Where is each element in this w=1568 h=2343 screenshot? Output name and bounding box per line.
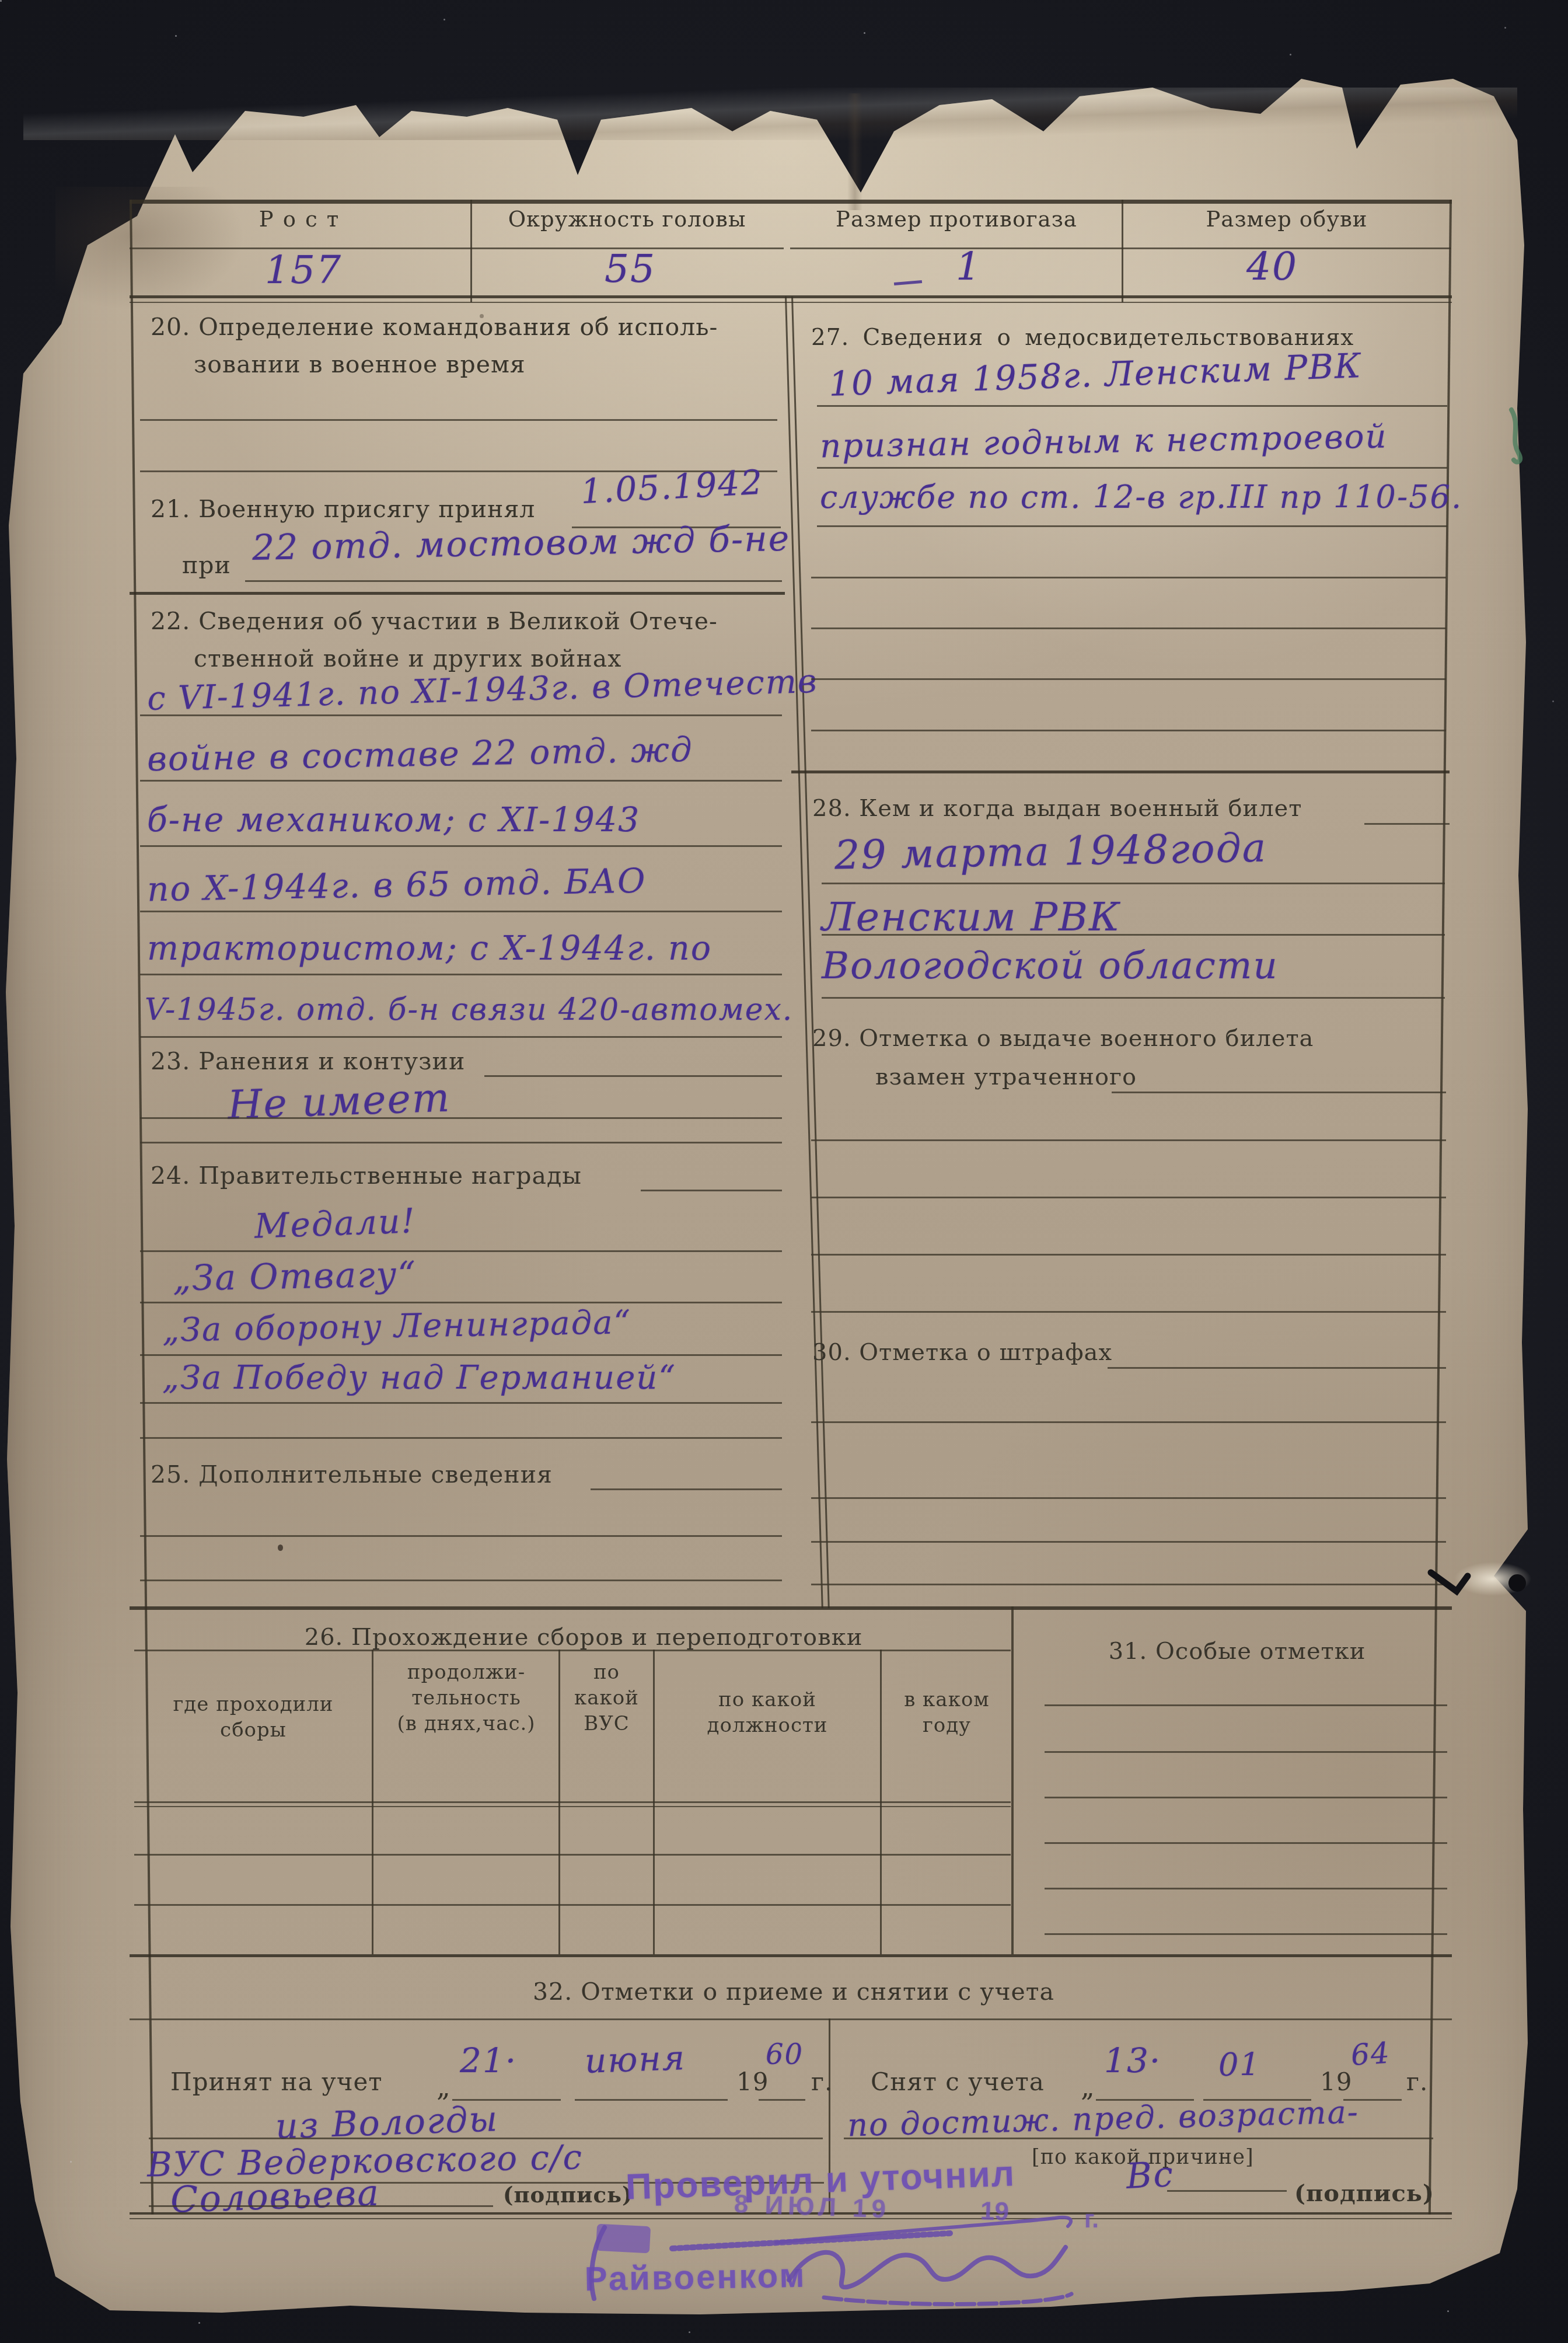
remove-sign-label: (подпись) (1294, 2180, 1434, 2207)
s22-label-line1: 22. Сведения об участии в Великой Отече- (151, 607, 718, 635)
write-line (140, 1354, 782, 1356)
label-trail-line (1108, 1367, 1446, 1369)
write-line (844, 2138, 1433, 2139)
table-border-bottom (130, 295, 1452, 298)
write-line (140, 419, 777, 421)
label-trail-line (484, 1075, 782, 1077)
s22-war-entry: б-не механиком; с XI-1943 (147, 801, 640, 839)
accept-month: июня (584, 2038, 686, 2081)
edge-tear (1454, 1562, 1531, 1596)
s22-war-entry: трактористом; с X-1944г. по (147, 929, 712, 968)
write-line (822, 934, 1445, 936)
write-line (140, 780, 782, 782)
s31-title: 31. Особые отметки (1050, 1638, 1424, 1665)
remove-year-prefix: 19 (1320, 2067, 1352, 2096)
write-line (1045, 1704, 1447, 1706)
write-line (140, 911, 782, 912)
write-line (140, 714, 782, 716)
section-divider (130, 592, 785, 595)
write-line (811, 730, 1446, 731)
s26-col-position: по какой должности (656, 1687, 879, 1738)
write-line (140, 1535, 782, 1537)
write-line (140, 1117, 782, 1119)
section-divider (130, 1954, 1452, 1957)
write-line (817, 525, 1447, 527)
label-trail-line (591, 1488, 782, 1490)
s23-wounds: Не имеет (227, 1075, 452, 1128)
s25-label: 25. Дополнительные сведения (151, 1460, 553, 1488)
write-line (1045, 1842, 1447, 1844)
s26-title: 26. Прохождение сборов и переподготовки (198, 1624, 969, 1651)
write-line (1045, 1797, 1447, 1798)
remove-day: 13· (1104, 2041, 1161, 2080)
accept-label: Принят на учет (170, 2067, 383, 2096)
write-line (822, 883, 1445, 884)
s22-war-entry: V-1945г. отд. б-н связи 420-автомех. (145, 992, 793, 1027)
s23-label: 23. Ранения и контузии (151, 1047, 465, 1075)
write-line (140, 1302, 782, 1303)
remove-year: 64 (1350, 2036, 1392, 2073)
write-line (817, 405, 1447, 407)
stamp-date: 8 ИЮЛ 19 (734, 2189, 891, 2224)
section-divider (130, 1606, 1452, 1610)
measure-value-gasmask: 1 (934, 244, 1004, 289)
s28-label: 28. Кем и когда выдан военный билет (812, 795, 1302, 822)
accept-sign-label: (подпись) (503, 2182, 633, 2208)
s32-underline (130, 2018, 1452, 2020)
s29-label-line1: 29. Отметка о выдаче военного билета (812, 1025, 1314, 1052)
table26-col-divider (372, 1650, 373, 1954)
s29-label-line2: взамен утраченного (875, 1064, 1137, 1090)
ink-speck (278, 1544, 283, 1551)
table-border-bottom-2 (130, 302, 1452, 303)
table26-col-divider (653, 1650, 655, 1954)
measure-value-height: 157 (210, 247, 397, 292)
remove-month: 01 (1218, 2046, 1261, 2083)
write-line (140, 1580, 782, 1581)
accept-year: 60 (766, 2038, 804, 2071)
measure-label-gasmask: Размер противогаза (794, 207, 1119, 232)
write-line (811, 678, 1446, 680)
s24-label: 24. Правительственные награды (151, 1162, 582, 1190)
s20-label-line1: 20. Определение командования об исполь- (151, 313, 718, 341)
write-line (1045, 1933, 1447, 1935)
measure-value-head: 55 (549, 246, 712, 291)
accept-day: 21· (460, 2041, 517, 2080)
write-line (811, 577, 1446, 578)
write-line (140, 1437, 782, 1439)
table26-col-divider (880, 1650, 882, 1954)
col-divider (470, 200, 472, 302)
write-line (811, 1584, 1446, 1585)
paper-crease-vertical (847, 93, 862, 210)
write-line (817, 467, 1447, 469)
label-trail-line (1112, 1092, 1446, 1093)
s24-award: „За Победу над Германией“ (162, 1359, 676, 1397)
s27-label: 27. Сведения о медосвидетельствованиях (811, 325, 1354, 351)
table26-top (134, 1650, 1011, 1651)
section-divider (791, 770, 1450, 773)
stamp-date-suffix: г. (1084, 2205, 1099, 2233)
table26-row-line (134, 1854, 1011, 1856)
write-line (140, 1142, 782, 1143)
write-line (149, 2205, 493, 2207)
measure-label-head: Окружность головы (474, 207, 780, 232)
stamp-blot (596, 2224, 651, 2254)
write-line (811, 1421, 1446, 1423)
s24-award: „За Отвагу“ (172, 1254, 417, 1299)
write-line (811, 1197, 1446, 1198)
write-line (811, 1139, 1446, 1141)
fill-line (575, 2099, 728, 2101)
write-line (811, 1254, 1446, 1256)
label-trail-line (1364, 823, 1450, 825)
remove-label: Снят с учета (871, 2067, 1045, 2096)
table26-header-underline (134, 1801, 1011, 1803)
col-divider (1122, 200, 1123, 302)
label-trail-line (641, 1190, 782, 1191)
table-border-top (130, 200, 1452, 204)
write-line (140, 845, 782, 847)
s21-label: 21. Военную присягу принял (151, 495, 535, 523)
s28-issue-entry: Вологодской области (822, 944, 1279, 988)
measure-value-shoes: 40 (1196, 244, 1348, 289)
measure-label-shoes: Размер обуви (1126, 207, 1447, 232)
write-line (811, 1311, 1446, 1313)
fill-line (1167, 2190, 1287, 2192)
write-line (140, 1036, 782, 1038)
accept-year-prefix: 19 (736, 2067, 769, 2096)
write-line (140, 1402, 782, 1404)
s24-award: Медали! (254, 1201, 417, 1246)
s28-issue-entry: 29 марта 1948года (834, 825, 1267, 879)
write-line (1045, 1751, 1447, 1753)
s30-label: 30. Отметка о штрафах (812, 1339, 1112, 1366)
table26-row-line (134, 1904, 1011, 1906)
accept-open-quote: „ (436, 2071, 451, 2103)
stamp-commissar: Райвоенком (584, 2256, 806, 2299)
table26-col-divider (558, 1650, 560, 1954)
s22-label-line2: ственной войне и других войнах (194, 644, 621, 672)
s26-col-year: в каком году (884, 1687, 1010, 1738)
write-line (811, 1541, 1446, 1543)
write-line (245, 580, 782, 582)
write-line (140, 1250, 782, 1252)
write-line (811, 1497, 1446, 1499)
s21-pre: при (182, 551, 231, 579)
header-underline-right (790, 247, 1451, 249)
write-line (811, 627, 1446, 629)
write-line (140, 974, 782, 975)
remove-year-suffix: г. (1406, 2067, 1428, 2096)
fill-line (759, 2099, 805, 2101)
paper-crease (23, 88, 1517, 140)
s32-title: 32. Отметки о приеме и снятии с учета (303, 1978, 1284, 2006)
stamp-date-year: 19 (980, 2196, 1010, 2227)
dust-specks (0, 0, 2, 2)
s27-medical-entry: службе по ст. 12-в гр.III пр 110-56. (820, 479, 1462, 515)
write-line (822, 997, 1445, 999)
s26-col-vus: по какой ВУС (561, 1659, 652, 1737)
s20-label-line2: зовании в военное время (194, 350, 526, 378)
write-line (1045, 1888, 1447, 1889)
accept-year-suffix: г. (811, 2067, 833, 2096)
measure-label-height: Рост (140, 207, 467, 232)
s26-col-where: где проходили сборы (137, 1692, 370, 1743)
s26-col-duration: продолжи- тельность (в днях,час.) (378, 1659, 554, 1737)
table26-header-underline-2 (134, 1806, 1011, 1807)
remove-open-quote: „ (1081, 2071, 1095, 2103)
s31-left-border (1011, 1606, 1014, 1954)
